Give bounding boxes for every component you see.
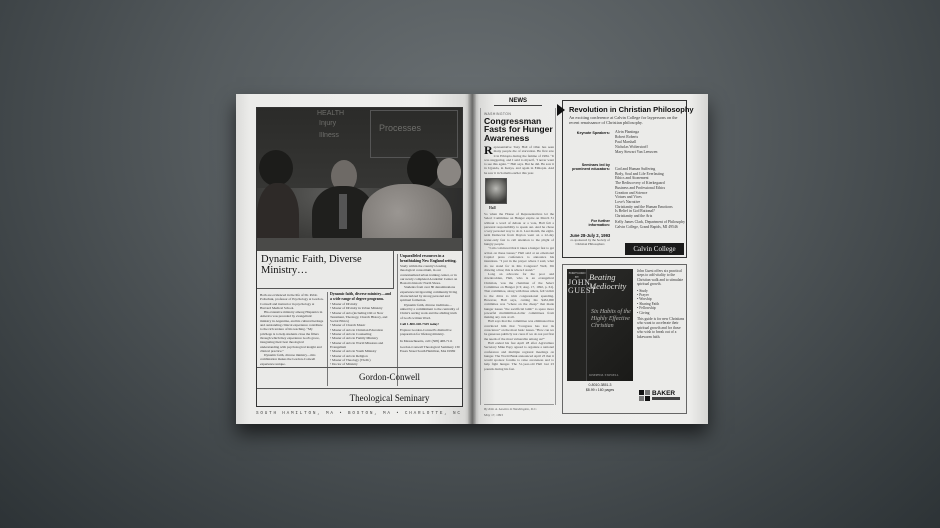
program-item: Doctor of Ministry	[330, 362, 393, 366]
article-headline: Congressman Fasts for Hunger Awareness	[484, 117, 554, 142]
chalk-word: Injury	[319, 120, 336, 127]
book-author: FOREWORD BY JOHN GUEST	[568, 272, 586, 295]
desk	[257, 238, 462, 251]
publisher-name: BAKER	[652, 390, 675, 397]
paragraph: Hall ended his fast April 28 after Agric…	[484, 341, 554, 371]
locations-footer: SOUTH HAMILTON, MA • BOSTON, MA • CHARLO…	[256, 411, 466, 416]
paragraph: So when the House of Representatives let…	[484, 212, 554, 246]
magazine-spread: HEALTH Injury Illness Processes Dyn	[236, 94, 708, 424]
book-spine: FOREWORD BY JOHN GUEST	[567, 269, 587, 381]
description-outro: This guide is for new Christians who wan…	[637, 317, 685, 339]
address: Gordon-Conwell Theological Seminary 130 …	[400, 345, 460, 354]
logo-square	[645, 396, 650, 401]
book-cover: FOREWORD BY JOHN GUEST Beating Mediocrit…	[567, 269, 633, 381]
chalk-word: Illness	[319, 132, 339, 139]
arrow-icon	[557, 104, 565, 116]
tie	[339, 194, 347, 229]
ad-text-body: Dynamic Faith, Diverse Ministry… Both ar…	[257, 251, 462, 408]
ad-title: Revolution in Christian Philosophy	[569, 105, 694, 114]
info-label: For further information:	[570, 219, 610, 227]
paragraph: Hall says that the committee was elimina…	[484, 319, 554, 340]
book-title: Beating Mediocrity	[589, 273, 633, 291]
logo-square	[639, 396, 644, 401]
book-info: 0-8010-3851-3 $8.99 • 160 pages	[567, 383, 633, 392]
ad-headline: Dynamic Faith, Diverse Ministry…	[261, 254, 389, 276]
student-head	[407, 150, 439, 188]
woman-head	[437, 158, 461, 186]
calvin-college-ad: Revolution in Christian Philosophy An ex…	[562, 100, 687, 258]
publisher-tagline	[652, 397, 680, 400]
paragraph: His extensive ministry among Hispanics i…	[260, 310, 324, 353]
author-last: GUEST	[568, 287, 586, 295]
lead-text: epresentative Tony Hall of Ohio has seen…	[484, 145, 554, 175]
book-foreword: JOSEPH M. STOWELL	[589, 373, 619, 377]
classroom-photo: HEALTH Injury Illness Processes	[257, 108, 462, 251]
article-body: So when the House of Representatives let…	[484, 212, 554, 402]
chart-on-board	[370, 110, 458, 158]
seminar-list: God and Human Suffering Body, Soul and L…	[615, 167, 673, 219]
section-label: NEWS	[494, 98, 542, 106]
headline-block: Dynamic Faith, Diverse Ministry…	[257, 251, 394, 289]
column-lead: Unparalleled resources in a breathtaking…	[400, 254, 460, 263]
logo-square	[645, 390, 650, 395]
logo-square	[639, 390, 644, 395]
baker-logo: BAKER	[639, 390, 683, 402]
column-lead: Dynamic faith, diverse ministry—and a wi…	[330, 292, 393, 301]
mass-phone: In Massachusetts, call: (508) 468-7111	[400, 339, 460, 343]
keynote-speakers: Alvin Plantinga Robert Roberts Paul Mars…	[615, 130, 657, 155]
contact-line: Calvin College, Grand Rapids, MI 49546	[615, 225, 685, 230]
paragraph: Explore Gordon-Conwell's distinctive pre…	[400, 328, 460, 337]
program-item: Master of Arts in World Missions and Eva…	[330, 341, 393, 350]
paragraph: Long an advocate for the poor and downtr…	[484, 272, 554, 319]
phone-cta: Call 1-800-428-7329 today!	[400, 322, 460, 326]
chalk-word: HEALTH	[317, 110, 344, 117]
paragraph: Students from over 80 denominations expe…	[400, 285, 460, 302]
photo-caption: Hall	[489, 206, 496, 210]
price: $8.99 • 160 pages	[567, 388, 633, 393]
paragraph: Study within the country's leading theol…	[400, 264, 460, 285]
contact-info: Kelly James Clark, Department of Philoso…	[615, 220, 685, 230]
paragraph: Dynamic faith, diverse ministry—this com…	[260, 353, 324, 366]
drop-cap: R	[484, 145, 493, 155]
binding-gutter	[468, 94, 476, 424]
article-lead: Representative Tony Hall of Ohio has see…	[484, 145, 554, 175]
person-head	[259, 150, 293, 186]
habits-list: Study Prayer Worship Sharing Faith Fello…	[637, 289, 685, 315]
left-page: HEALTH Injury Illness Processes Dyn	[236, 94, 472, 424]
ad-column-1: Both are evidenced in the life of Dr. Pa…	[260, 293, 324, 366]
gordon-conwell-ad: HEALTH Injury Illness Processes Dyn	[256, 107, 463, 407]
keynote-label: Keynote Speakers:	[577, 131, 610, 135]
degree-programs-list: Master of Divinity Master of Divinity in…	[330, 302, 393, 366]
ad-subtitle: An exciting conference at Calvin College…	[569, 115, 684, 125]
seminar: Christianity and the Arts	[615, 214, 673, 219]
speaker: Mary Stewart Van Leeuwen	[615, 150, 657, 155]
byline: By Kim A. Lawton in Washington, D.C.	[484, 404, 554, 411]
book-subtitle: Six Habits of the Highly Effective Chris…	[591, 309, 633, 330]
logo-line-1: Gordon-Conwell	[257, 367, 462, 386]
right-page: NEWS WASHINGTON Congressman Fasts for Hu…	[472, 94, 708, 424]
logo-line-2: Theological Seminary	[257, 388, 462, 407]
description-intro: John Guest offers six practical steps to…	[637, 269, 685, 287]
seminars-label: Seminars led by prominent educators:	[566, 163, 610, 171]
issue-date: May 17, 1993	[484, 413, 503, 417]
book-description: John Guest offers six practical steps to…	[637, 269, 685, 339]
sponsor-note: co-sponsored by the Society of Christian…	[567, 239, 613, 247]
program-item: Master of Arts (including Old or New Tes…	[330, 311, 393, 324]
paragraph: “I am convinced that it takes a hunger f…	[484, 246, 554, 272]
habit: Giving	[637, 311, 685, 315]
baker-books-ad: FOREWORD BY JOHN GUEST Beating Mediocrit…	[562, 264, 687, 414]
news-column: NEWS WASHINGTON Congressman Fasts for Hu…	[480, 98, 556, 418]
paragraph: Dynamic faith, diverse traditions—united…	[400, 303, 460, 320]
seminar: Business and Professional Ethics	[615, 186, 673, 191]
calvin-college-logo: Calvin College	[625, 243, 684, 255]
hall-photo	[485, 178, 507, 204]
paragraph: Both are evidenced in the life of Dr. Pa…	[260, 293, 324, 310]
